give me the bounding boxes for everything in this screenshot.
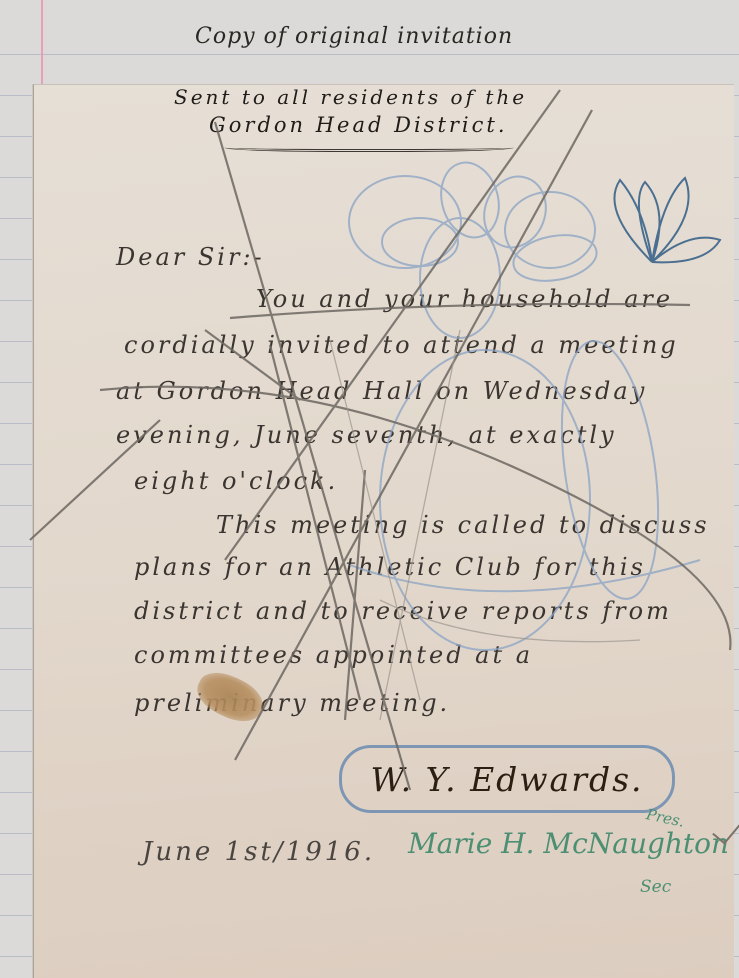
brown-stain <box>191 665 270 730</box>
header-note: Copy of original invitation <box>195 24 615 49</box>
body-line-5: eight o'clock. <box>134 467 338 495</box>
salutation: Dear Sir:- <box>116 243 265 271</box>
title-underline <box>224 141 514 152</box>
secretary-title: Sec <box>640 877 671 897</box>
letter-date: June 1st/1916. <box>142 837 375 867</box>
signature-text: W. Y. Edwards. <box>370 760 643 799</box>
body-line-1: You and your household are <box>256 285 673 313</box>
notebook-margin-line <box>41 0 43 86</box>
body-line-7: plans for an Athletic Club for this <box>134 553 646 581</box>
body-line-10: preliminary meeting. <box>134 689 450 717</box>
body-line-3: at Gordon Head Hall on Wednesday <box>116 377 647 405</box>
body-line-8: district and to receive reports from <box>134 597 672 625</box>
invitation-paper: Sent to all residents of the Gordon Head… <box>33 84 734 978</box>
subtitle-line-2: Gordon Head District. <box>209 113 508 137</box>
body-line-2: cordially invited to attend a meeting <box>124 331 679 359</box>
signature-circled: W. Y. Edwards. <box>339 745 675 813</box>
body-line-9: committees appointed at a <box>134 641 533 669</box>
body-line-4: evening, June seventh, at exactly <box>116 421 617 449</box>
president-signature: Marie H. McNaughton <box>408 827 729 860</box>
body-line-6: This meeting is called to discuss <box>216 511 710 539</box>
subtitle-line-1: Sent to all residents of the <box>174 85 527 109</box>
